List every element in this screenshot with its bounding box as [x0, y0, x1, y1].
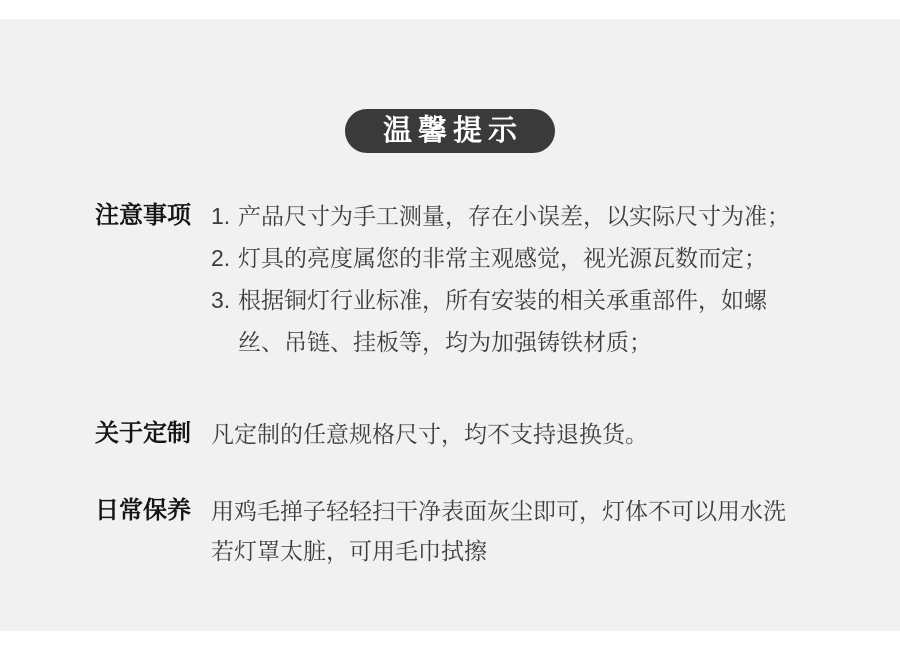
page-title: 温馨提示	[383, 115, 523, 147]
care-text-line: 用鸡毛掸子轻轻扫干净表面灰尘即可，灯体不可以用水洗	[211, 491, 786, 531]
section-daily-care-label: 日常保养	[95, 491, 211, 531]
note-item: 3.根据铜灯行业标准，所有安装的相关承重部件，如螺	[211, 279, 790, 321]
section-notes-label: 注意事项	[95, 195, 211, 237]
title-badge: 温馨提示	[345, 109, 555, 153]
note-item-continuation: 丝、吊链、挂板等，均为加强铸铁材质；	[238, 321, 790, 363]
note-item-text: 产品尺寸为手工测量，存在小误差，以实际尺寸为准；	[238, 203, 790, 229]
section-notes: 注意事项 1.产品尺寸为手工测量，存在小误差，以实际尺寸为准； 2.灯具的亮度属…	[95, 195, 790, 363]
care-text-line: 若灯罩太脏，可用毛巾拭擦	[211, 531, 786, 571]
note-item-number: 3.	[211, 279, 238, 321]
tips-panel: 温馨提示 注意事项 1.产品尺寸为手工测量，存在小误差，以实际尺寸为准； 2.灯…	[0, 19, 900, 631]
section-customization-content: 凡定制的任意规格尺寸，均不支持退换货。	[211, 414, 648, 454]
note-item-number: 2.	[211, 237, 238, 279]
note-item: 2.灯具的亮度属您的非常主观感觉，视光源瓦数而定；	[211, 237, 790, 279]
section-daily-care: 日常保养 用鸡毛掸子轻轻扫干净表面灰尘即可，灯体不可以用水洗 若灯罩太脏，可用毛…	[95, 491, 786, 571]
customization-text: 凡定制的任意规格尺寸，均不支持退换货。	[211, 414, 648, 454]
section-daily-care-content: 用鸡毛掸子轻轻扫干净表面灰尘即可，灯体不可以用水洗 若灯罩太脏，可用毛巾拭擦	[211, 491, 786, 571]
section-customization-label: 关于定制	[95, 414, 211, 454]
warm-tips-page: 温馨提示 注意事项 1.产品尺寸为手工测量，存在小误差，以实际尺寸为准； 2.灯…	[0, 0, 900, 652]
note-item-text: 根据铜灯行业标准，所有安装的相关承重部件，如螺	[238, 287, 767, 313]
note-item: 1.产品尺寸为手工测量，存在小误差，以实际尺寸为准；	[211, 195, 790, 237]
note-item-text: 灯具的亮度属您的非常主观感觉，视光源瓦数而定；	[238, 245, 767, 271]
section-customization: 关于定制 凡定制的任意规格尺寸，均不支持退换货。	[95, 414, 648, 454]
note-item-number: 1.	[211, 195, 238, 237]
section-notes-content: 1.产品尺寸为手工测量，存在小误差，以实际尺寸为准； 2.灯具的亮度属您的非常主…	[211, 195, 790, 363]
